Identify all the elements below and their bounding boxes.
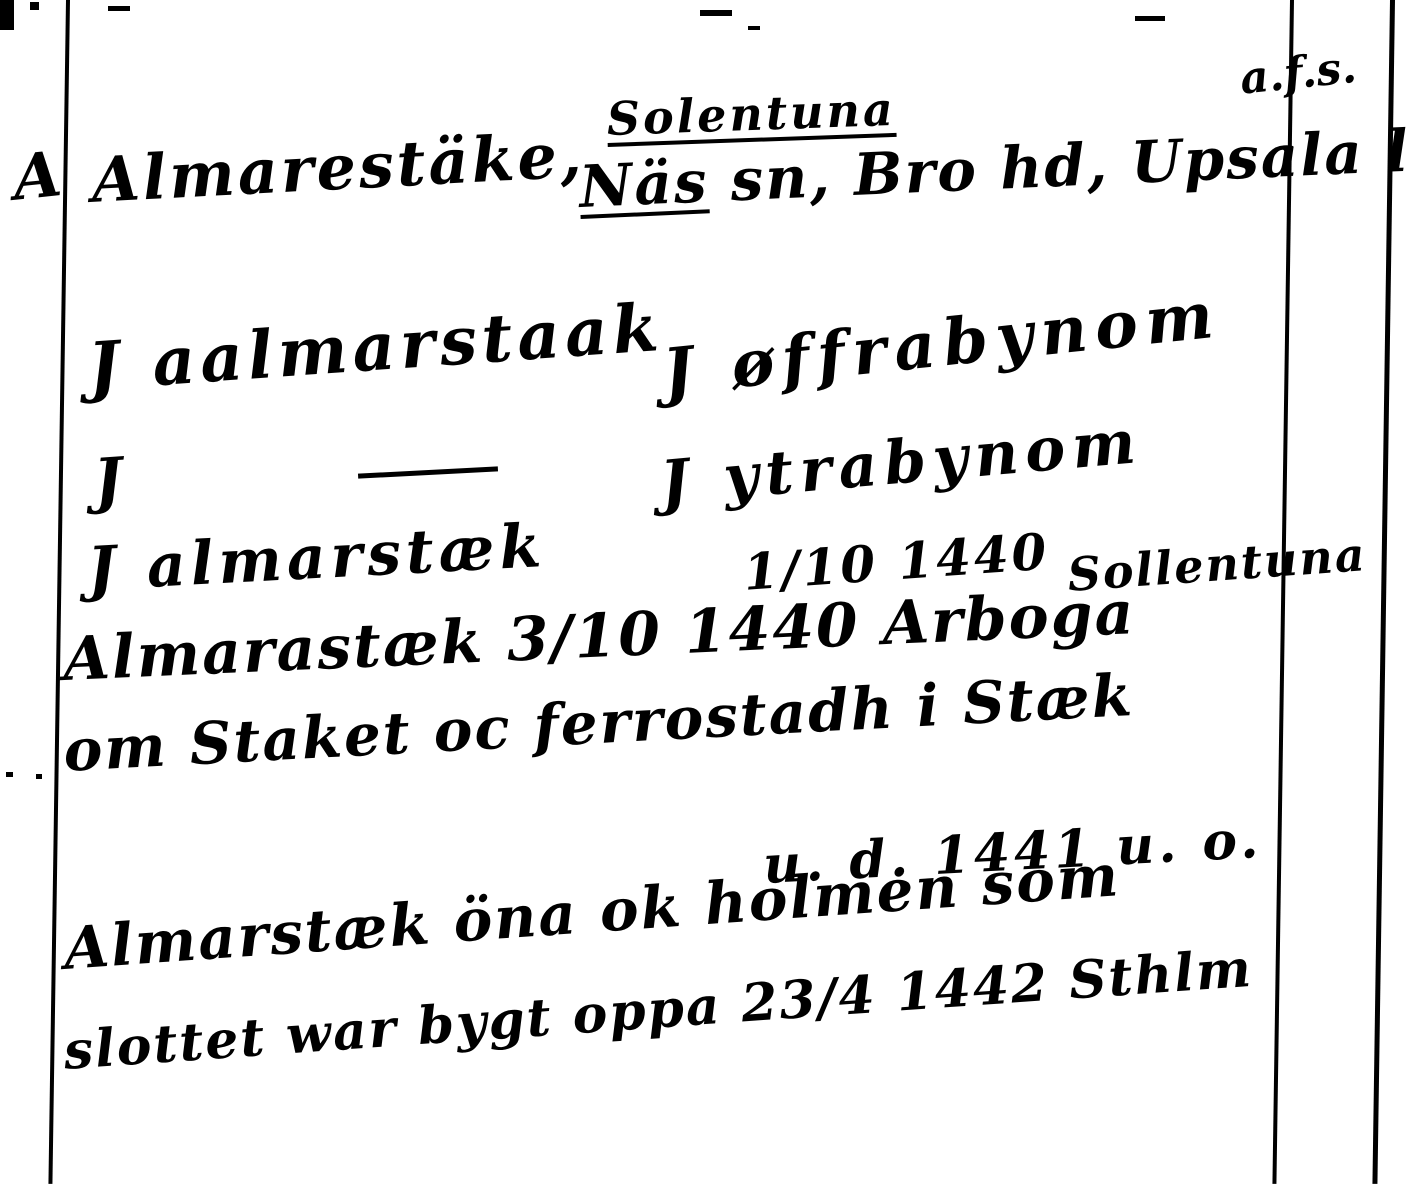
scan-speck (1135, 16, 1165, 21)
corner-initials: a.f.s. (1238, 46, 1359, 102)
scan-speck (748, 26, 760, 30)
scan-speck (0, 0, 14, 30)
margin-letter: A (10, 143, 64, 210)
scan-speck (36, 774, 42, 779)
record-row3-form: J almarstæk (86, 516, 547, 600)
parish-name: Näs (578, 147, 710, 221)
ditto-dash (358, 466, 498, 478)
record-row2-source: J ytrabynom (658, 412, 1145, 514)
record-row1-source: J øffrabynom (660, 283, 1224, 405)
scan-speck (700, 10, 732, 16)
record-row2-form: J (92, 450, 125, 512)
scanned-index-card: a.f.s. Solentuna A Almarestäke, Näs sn, … (0, 0, 1409, 1184)
scan-speck (108, 6, 130, 11)
scan-speck (30, 2, 39, 10)
scan-speck (6, 772, 13, 777)
record-row1-form: J aalmarstaak (86, 294, 665, 400)
entry-name: Almarestäke, (90, 124, 586, 212)
district-heading: Solentuna (606, 86, 896, 142)
